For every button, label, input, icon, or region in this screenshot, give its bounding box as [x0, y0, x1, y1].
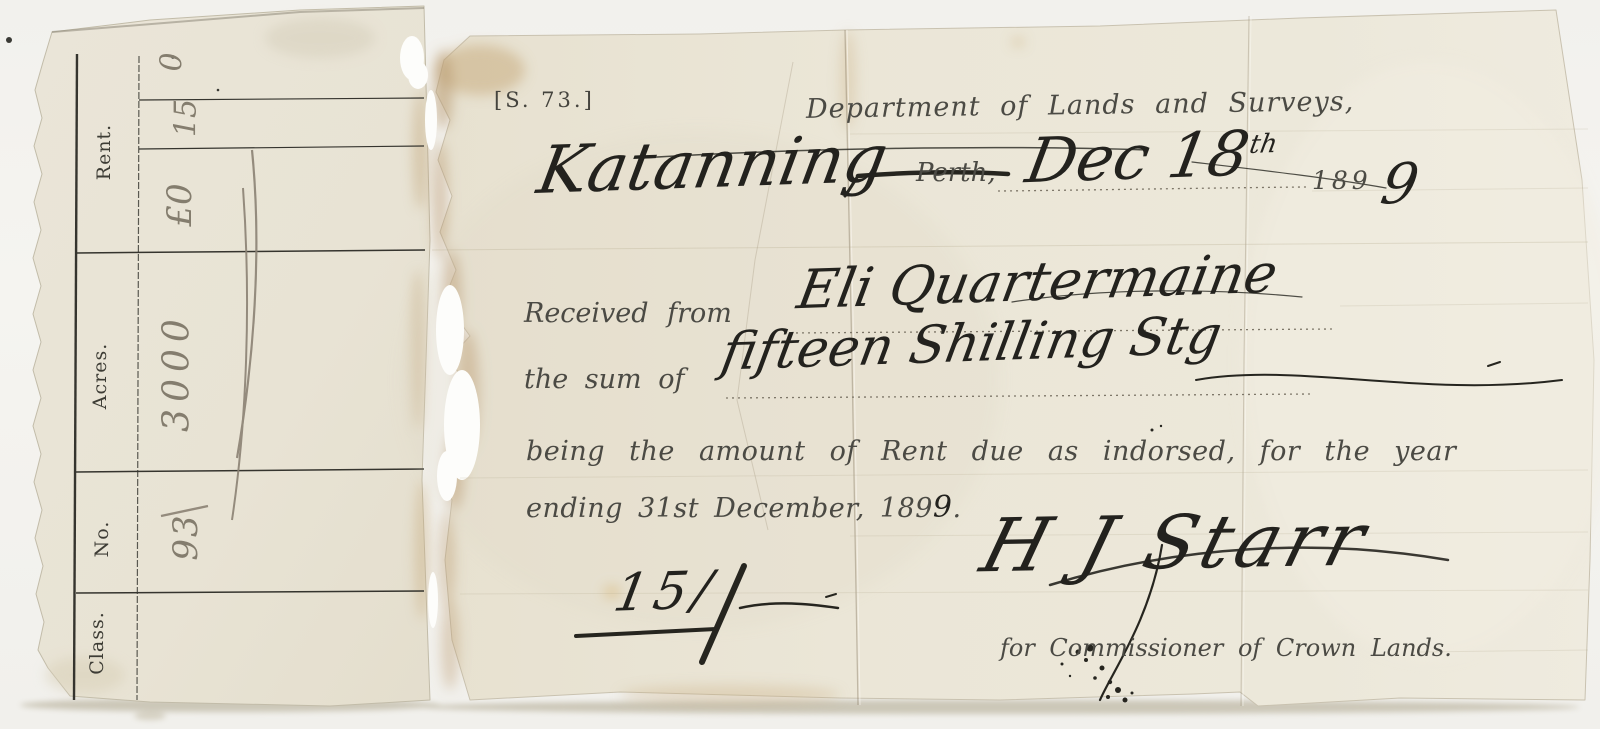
body-line-2-year-written: 9	[933, 490, 953, 525]
date-suffix: th	[1247, 129, 1280, 160]
counterfoil-rent-pence-value: 0	[155, 52, 190, 71]
scanned-receipt-document: Rent. Acres. No. Class. 0 15 £0 3000 93 …	[0, 0, 1600, 729]
place-printed: Perth,	[916, 158, 996, 188]
counterfoil-acres-value: 3000	[157, 312, 198, 432]
form-code: [S. 73.]	[494, 88, 595, 112]
signature: H J Starr	[972, 497, 1379, 590]
date-written: Dec 18th	[1021, 116, 1283, 198]
sum-label: the sum of	[524, 364, 684, 395]
body-line-1: being the amount of Rent due as indorsed…	[526, 436, 1456, 467]
place-written: Katanning	[532, 120, 893, 209]
signatory-title: for Commissioner of Crown Lands.	[1000, 634, 1452, 662]
counterfoil-class-label: Class.	[86, 611, 108, 674]
counterfoil-number-label: No.	[91, 521, 113, 558]
year-printed: 189	[1312, 166, 1372, 195]
counterfoil-number-value: 93	[166, 513, 206, 560]
counterfoil-rent-label: Rent.	[93, 124, 115, 180]
counterfoil-acres-label: Acres.	[89, 343, 111, 409]
date-day: Dec 18	[1021, 117, 1255, 198]
body-line-2: ending 31st December, 1899.	[526, 490, 962, 525]
body-line-2-printed: ending 31st December, 189	[526, 493, 933, 524]
counterfoil-rent-shillings-value: 15	[169, 99, 204, 137]
body-line-2-period: .	[953, 493, 962, 524]
amount-figures: 15/	[609, 560, 722, 624]
counterfoil-rent-pounds-value: £0	[160, 183, 200, 226]
received-from-label: Received from	[524, 298, 732, 329]
